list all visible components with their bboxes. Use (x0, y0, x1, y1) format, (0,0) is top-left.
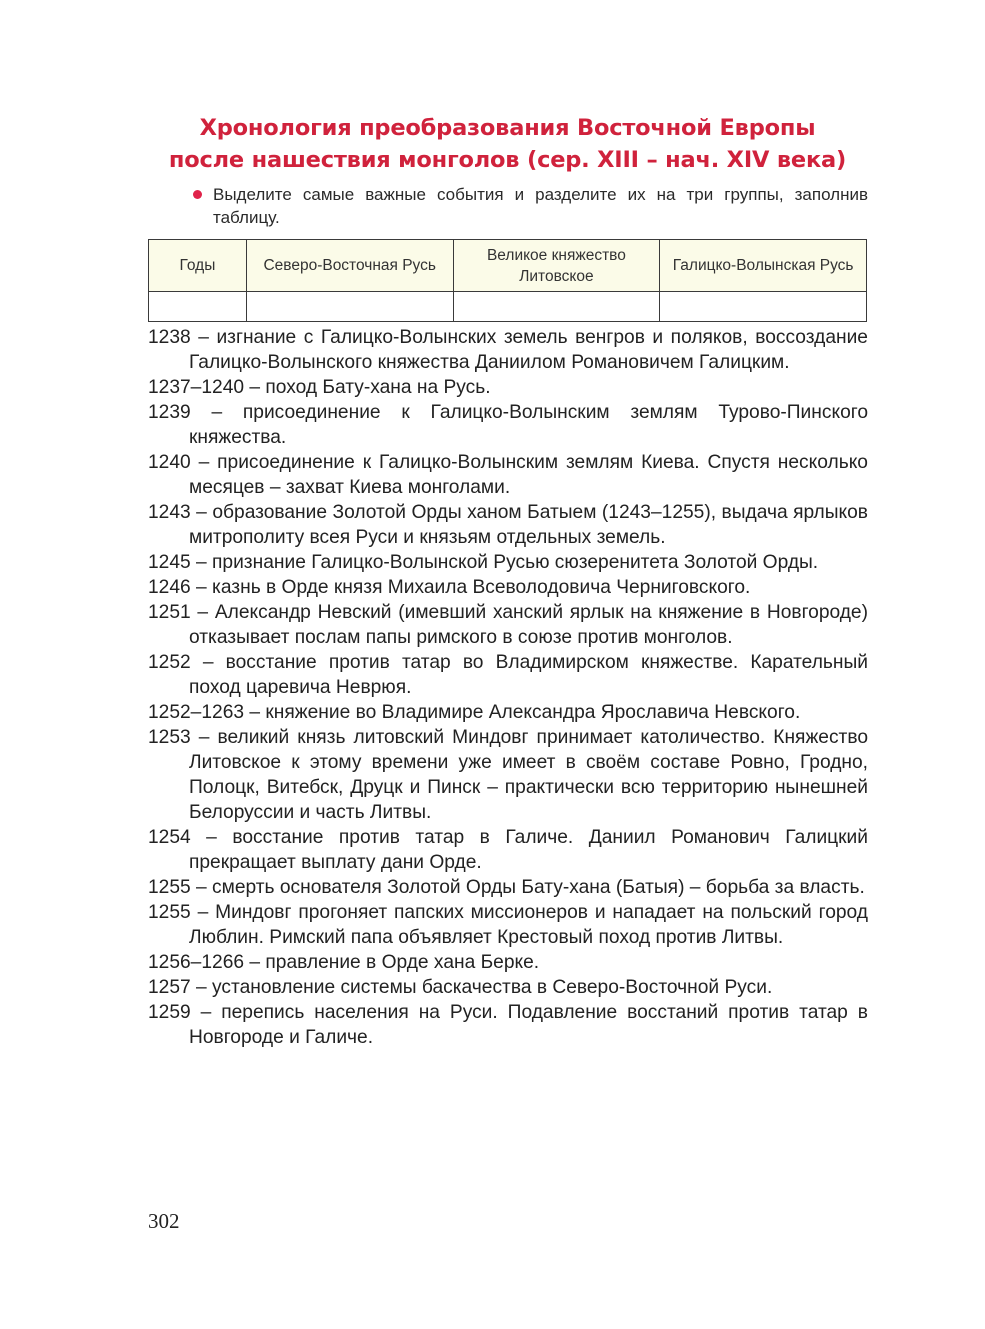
event-text: присоединение к Галицко-Волынским землям… (189, 452, 868, 498)
page-title: Хронология преобразования Восточной Евро… (140, 112, 875, 176)
fill-in-table: Годы Северо-Восточная Русь Великое княже… (148, 239, 867, 322)
event-year: 1253 (148, 727, 191, 748)
event-year: 1251 (148, 602, 191, 623)
event-text: смерть основателя Золотой Орды Бату-хана… (212, 877, 865, 898)
event-separator: – (191, 502, 213, 523)
header-years: Годы (149, 240, 247, 292)
event-text: казнь в Орде князя Михаила Всеволодовича… (212, 577, 750, 598)
event-separator: – (191, 552, 212, 573)
event-entry: 1238 – изгнание с Галицко-Волынских земе… (148, 325, 868, 375)
event-text: Миндовг прогоняет папских миссионеров и … (189, 902, 868, 948)
event-separator: – (191, 977, 212, 998)
event-separator: – (191, 827, 233, 848)
event-entry: 1239 – присоединение к Галицко-Волынским… (148, 400, 868, 450)
event-year: 1257 (148, 977, 191, 998)
event-entry: 1243 – образование Золотой Орды ханом Ба… (148, 500, 868, 550)
event-entry: 1253 – великий князь литовский Миндовг п… (148, 725, 868, 825)
title-line-2: после нашествия монголов (сер. XIII – на… (140, 144, 875, 176)
event-entry: 1257 – установление системы баскачества … (148, 975, 868, 1000)
task-instruction: Выделите самые важные события и разделит… (193, 183, 868, 229)
event-year: 1245 (148, 552, 191, 573)
event-year: 1254 (148, 827, 191, 848)
event-separator: – (191, 902, 215, 923)
header-galicia-volhynia: Галицко-Волынская Русь (660, 240, 867, 292)
table-row (149, 292, 867, 322)
event-text: княжение во Владимире Александра Ярослав… (265, 702, 800, 723)
event-entry: 1251 – Александр Невский (имевший хански… (148, 600, 868, 650)
event-separator: – (191, 727, 218, 748)
event-year: 1256–1266 (148, 952, 244, 973)
event-year: 1240 (148, 452, 191, 473)
table-cell-lithuania[interactable] (453, 292, 660, 322)
table-cell-galicia-volhynia[interactable] (660, 292, 867, 322)
events-list: 1238 – изгнание с Галицко-Волынских земе… (148, 325, 868, 1050)
page-number: 302 (148, 1209, 180, 1234)
event-entry: 1252 – восстание против татар во Владими… (148, 650, 868, 700)
event-year: 1239 (148, 402, 191, 423)
event-text: изгнание с Галицко-Волынских земель венг… (189, 327, 868, 373)
header-ne-rus: Северо-Восточная Русь (246, 240, 453, 292)
event-text: великий князь литовский Миндовг принимае… (189, 727, 868, 823)
event-year: 1252 (148, 652, 191, 673)
event-year: 1255 (148, 902, 191, 923)
event-separator: – (191, 877, 212, 898)
event-entry: 1246 – казнь в Орде князя Михаила Всевол… (148, 575, 868, 600)
table-cell-years[interactable] (149, 292, 247, 322)
event-separator: – (244, 702, 265, 723)
bullet-icon (193, 190, 202, 199)
title-line-1: Хронология преобразования Восточной Евро… (140, 112, 875, 144)
event-text: поход Бату-хана на Русь. (265, 377, 490, 398)
event-year: 1259 (148, 1002, 191, 1023)
event-text: правление в Орде хана Берке. (265, 952, 539, 973)
event-text: установление системы баскачества в Север… (212, 977, 772, 998)
event-entry: 1255 – Миндовг прогоняет папских миссион… (148, 900, 868, 950)
event-year: 1243 (148, 502, 191, 523)
event-separator: – (191, 577, 212, 598)
event-text: перепись населения на Руси. Подавление в… (189, 1002, 868, 1048)
event-entry: 1252–1263 – княжение во Владимире Алекса… (148, 700, 868, 725)
textbook-page: Хронология преобразования Восточной Евро… (0, 0, 985, 1329)
event-entry: 1256–1266 – правление в Орде хана Берке. (148, 950, 868, 975)
event-text: Александр Невский (имевший ханский ярлык… (189, 602, 868, 648)
task-text: Выделите самые важные события и разделит… (193, 183, 868, 229)
event-text: присоединение к Галицко-Волынским землям… (189, 402, 868, 448)
event-separator: – (191, 452, 217, 473)
table-cell-ne-rus[interactable] (246, 292, 453, 322)
event-entry: 1245 – признание Галицко-Волынской Русью… (148, 550, 868, 575)
event-entry: 1240 – присоединение к Галицко-Волынским… (148, 450, 868, 500)
event-separator: – (244, 377, 265, 398)
event-entry: 1254 – восстание против татар в Галиче. … (148, 825, 868, 875)
table-header-row: Годы Северо-Восточная Русь Великое княже… (149, 240, 867, 292)
event-year: 1252–1263 (148, 702, 244, 723)
event-text: восстание против татар в Галиче. Даниил … (189, 827, 868, 873)
event-separator: – (191, 652, 226, 673)
event-year: 1255 (148, 877, 191, 898)
event-year: 1238 (148, 327, 191, 348)
event-separator: – (191, 602, 215, 623)
event-text: образование Золотой Орды ханом Батыем (1… (189, 502, 868, 548)
event-text: восстание против татар во Владимирском к… (189, 652, 868, 698)
event-separator: – (191, 327, 217, 348)
event-year: 1237–1240 (148, 377, 244, 398)
event-year: 1246 (148, 577, 191, 598)
event-text: признание Галицко-Волынской Русью сюзере… (212, 552, 818, 573)
event-entry: 1237–1240 – поход Бату-хана на Русь. (148, 375, 868, 400)
event-entry: 1259 – перепись населения на Руси. Подав… (148, 1000, 868, 1050)
event-separator: – (191, 402, 243, 423)
event-entry: 1255 – смерть основателя Золотой Орды Ба… (148, 875, 868, 900)
event-separator: – (244, 952, 265, 973)
event-separator: – (191, 1002, 222, 1023)
header-lithuania: Великое княжество Литовское (453, 240, 660, 292)
